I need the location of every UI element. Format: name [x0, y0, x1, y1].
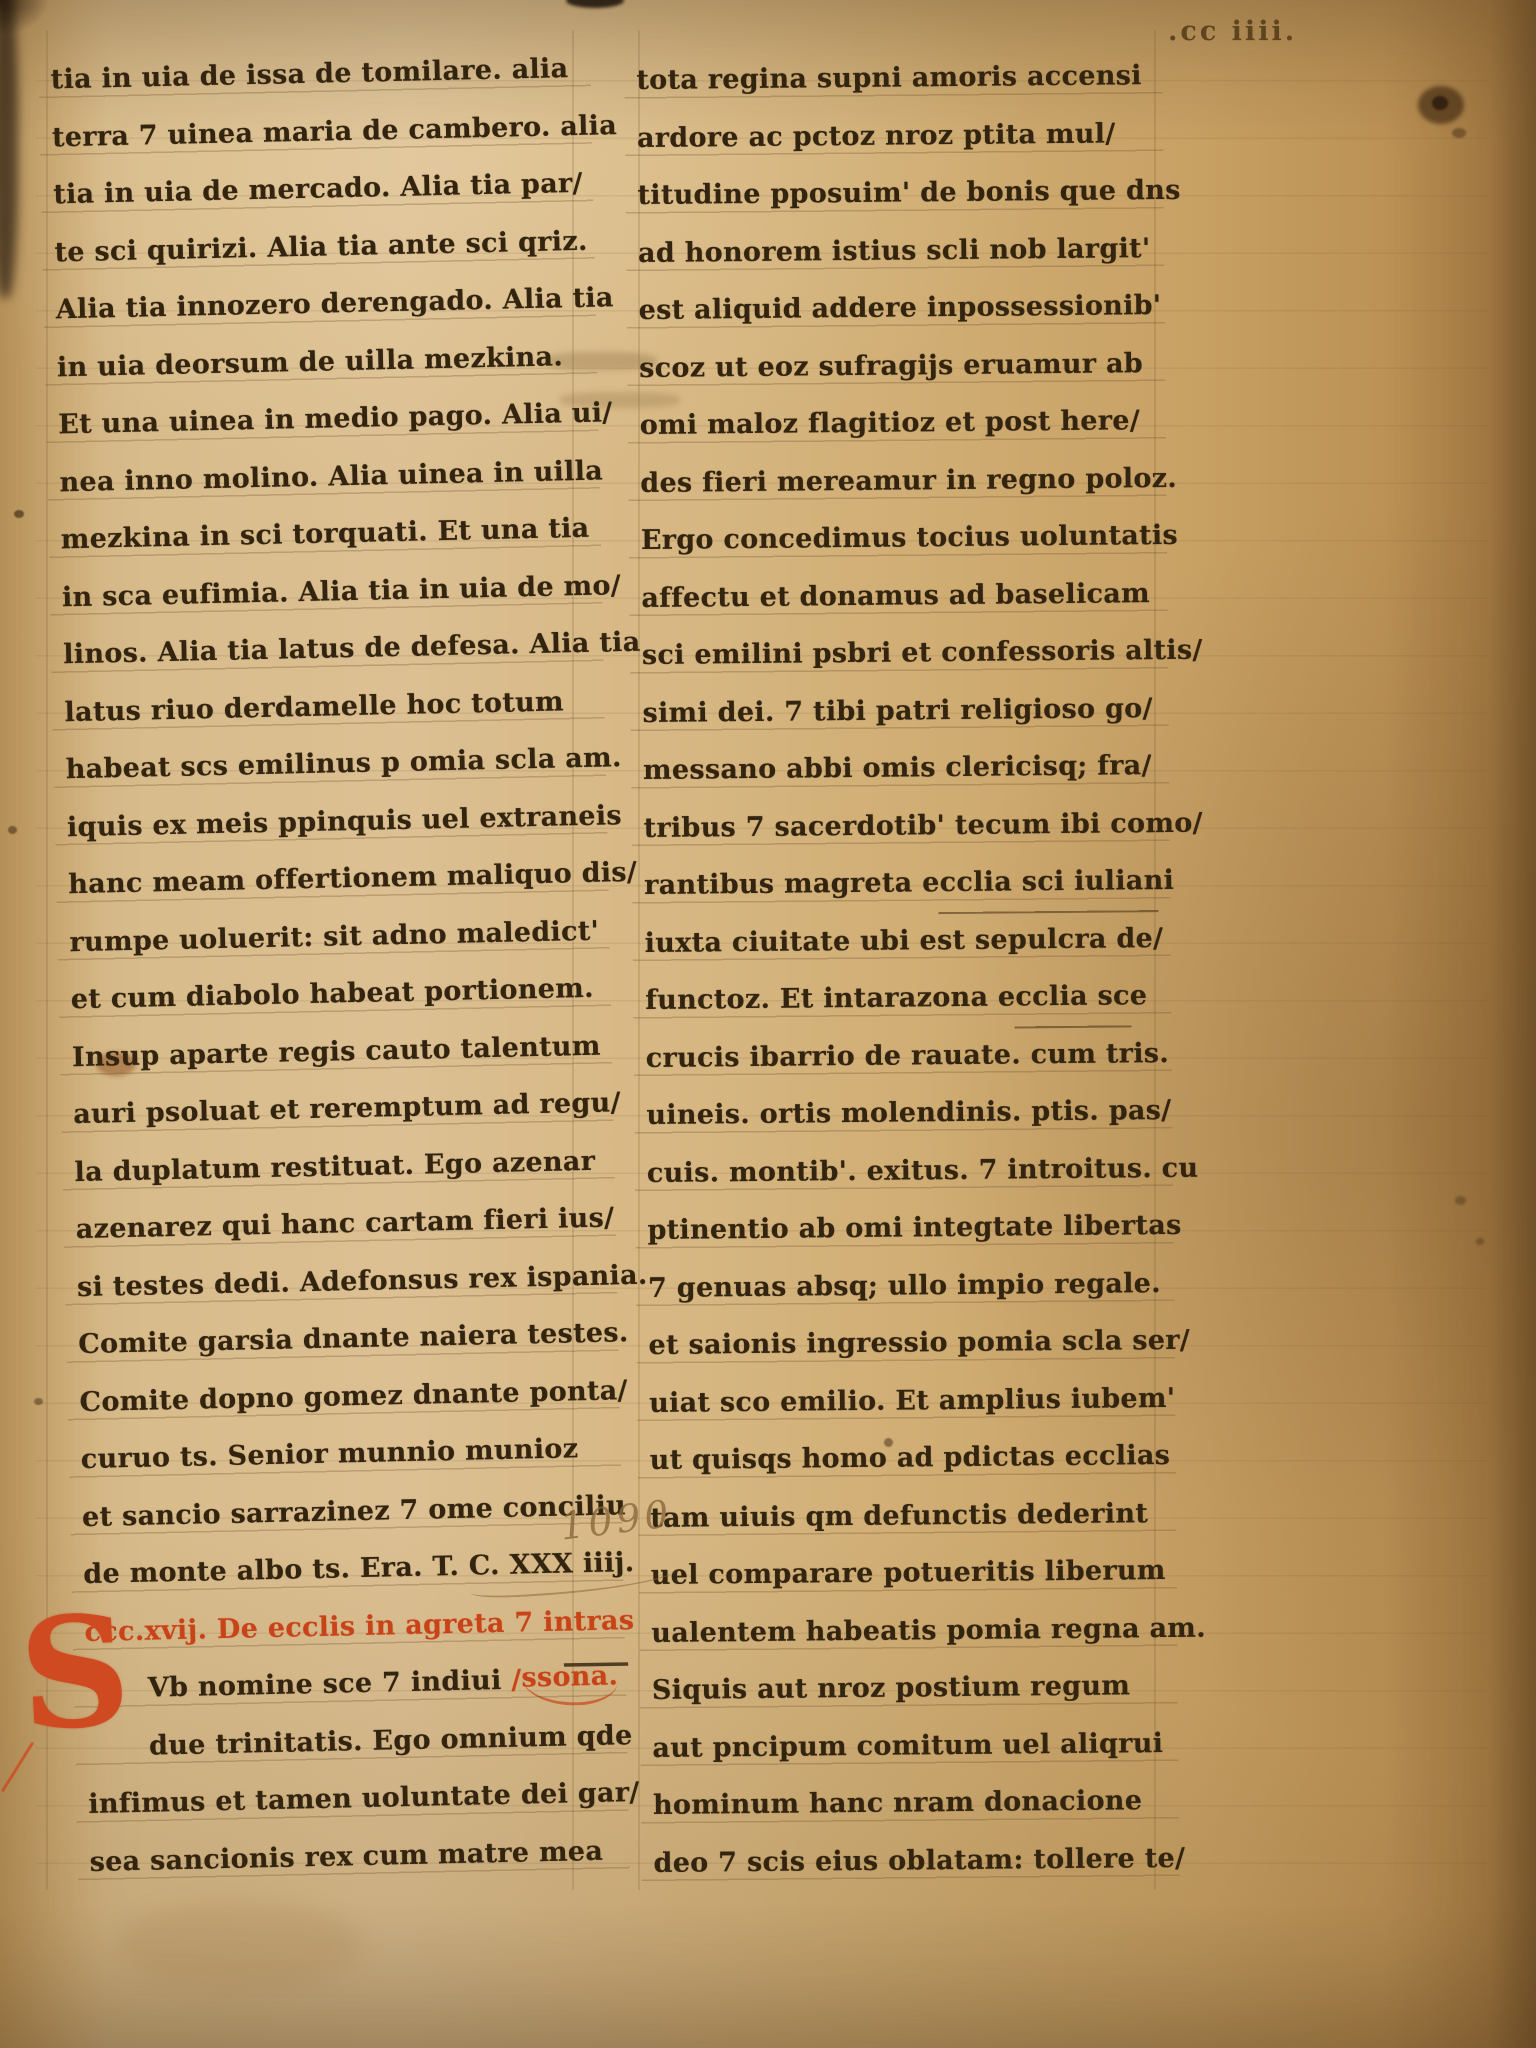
body-text: due trinitatis. Ego omnium qde: [148, 1707, 633, 1775]
manuscript-line: uiat sco emilio. Et amplius iubem': [649, 1370, 1160, 1432]
body-text: deo 7 scis eius oblatam: tollere te/: [653, 1829, 1185, 1892]
manuscript-line: et saionis ingressio pomia scla ser/: [648, 1312, 1159, 1374]
manuscript-line: Siquis aut nroz postium regum: [652, 1657, 1163, 1719]
illuminated-initial: S: [17, 1605, 133, 1740]
body-text: iuxta ciuitate ubi est sepulcra de/: [644, 910, 1163, 972]
body-text: et saionis ingressio pomia scla ser/: [648, 1312, 1190, 1375]
stain-spot: [1432, 96, 1448, 110]
body-text: scoz ut eoz sufragijs eruamur ab: [639, 335, 1143, 397]
stain-spot: [1418, 86, 1464, 124]
manuscript-line: ut quisqs homo ad pdictas ecclias: [649, 1427, 1160, 1489]
body-text: sea sancionis rex cum matre mea: [89, 1822, 604, 1891]
manuscript-line: cuis. montib'. exitus. 7 introitus. cu: [647, 1140, 1158, 1202]
page-edge-notch: [566, 0, 624, 8]
manuscript-line: sea sancionis rex cum matre mea: [89, 1822, 614, 1891]
manuscript-line: des fieri mereamur in regno poloz.: [640, 450, 1151, 512]
body-text: Siquis aut nroz postium regum: [652, 1657, 1131, 1719]
manuscript-line: Ergo concedimus tocius uoluntatis: [641, 507, 1152, 569]
manuscript-line: deo 7 scis eius oblatam: tollere te/: [653, 1830, 1164, 1892]
manuscript-line: iuxta ciuitate ubi est sepulcra de/: [644, 910, 1155, 972]
body-text: ad honorem istius scli nob largit': [638, 220, 1151, 282]
stain-spot: [1455, 1196, 1466, 1205]
body-text: curuo ts. Senior munnio munioz: [80, 1420, 579, 1488]
manuscript-page: .cc iiii. tia in uia de issa de tomilare…: [0, 0, 1536, 2048]
initial-flourish: [1, 1742, 34, 1793]
manuscript-line: rantibus magreta ecclia sci iuliani: [644, 852, 1155, 914]
manuscript-line: crucis ibarrio de rauate. cum tris.: [646, 1025, 1157, 1087]
body-text: Ergo concedimus tocius uoluntatis: [641, 507, 1179, 570]
page-edge-shadow: [0, 0, 18, 298]
body-text: functoz. Et intarazona: [645, 969, 998, 1030]
manuscript-line: sci emilini psbri et confessoris altis/: [642, 622, 1153, 684]
body-text: cuis. montib'. exitus. 7 introitus. cu: [647, 1139, 1199, 1202]
stain-spot: [1476, 1238, 1484, 1245]
body-text: crucis ibarrio de rauate. cum tris.: [646, 1024, 1170, 1087]
body-text: tribus 7 sacerdotib' tecum ibi como/: [643, 794, 1203, 857]
manuscript-line: affectu et donamus ad baselicam: [641, 565, 1152, 627]
body-text: uel comparare potueritis liberum: [651, 1542, 1166, 1604]
text-column-left: tia in uia de issa de tomilare. aliaterr…: [50, 40, 614, 1891]
manuscript-line: titudine pposuim' de bonis que dns: [637, 162, 1148, 224]
stain-spot: [1452, 128, 1466, 138]
body-text: messano abbi omis clericisq; fra/: [643, 737, 1152, 799]
body-text: est aliquid addere inpossessionib': [638, 277, 1161, 340]
manuscript-line: ad honorem istius scli nob largit': [638, 220, 1149, 282]
manuscript-line: omi maloz flagitioz et post here/: [639, 392, 1150, 454]
manuscript-line: functoz. Et intarazona ecclia sce: [645, 967, 1156, 1029]
manuscript-line: 7 genuas absq; ullo impio regale.: [648, 1255, 1159, 1317]
stain-spot: [14, 510, 24, 518]
manuscript-line: tota regina supni amoris accensi: [636, 47, 1147, 109]
body-text: aut pncipum comitum uel aliqrui: [652, 1715, 1163, 1777]
manuscript-line: uel comparare potueritis liberum: [651, 1542, 1162, 1604]
body-text: 7 genuas absq; ullo impio regale.: [648, 1255, 1161, 1317]
manuscript-line: simi dei. 7 tibi patri religioso go/: [642, 680, 1153, 742]
body-text: ualentem habeatis pomia regna am.: [651, 1599, 1206, 1662]
body-text: tota regina supni amoris accensi: [636, 47, 1142, 109]
body-text: uiat sco emilio. Et amplius iubem': [649, 1369, 1176, 1432]
body-text: ut quisqs homo ad pdictas ecclias: [649, 1427, 1170, 1489]
manuscript-line: ccc.xvij. De ecclis in agreta 7 intras: [84, 1592, 609, 1661]
manuscript-line: messano abbi omis clericisq; fra/: [643, 737, 1154, 799]
body-text: sci emilini psbri et confessoris altis/: [642, 622, 1203, 685]
manuscript-line: hominum hanc nram donacione: [653, 1772, 1164, 1834]
body-text: affectu et donamus ad baselicam: [641, 565, 1150, 627]
stain-spot: [120, 1900, 360, 1990]
body-text: hominum hanc nram donacione: [653, 1772, 1143, 1834]
manuscript-line: est aliquid addere inpossessionib': [638, 277, 1149, 339]
manuscript-line: aut pncipum comitum uel aliqrui: [652, 1715, 1163, 1777]
body-text: ptinentio ab omi integtate libertas: [647, 1197, 1182, 1260]
paragraph-dash-mark: —: [559, 1645, 634, 1681]
manuscript-line: scoz ut eoz sufragijs eruamur ab: [639, 335, 1150, 397]
body-text: ardore ac pctoz nroz ptita mul/: [637, 105, 1116, 167]
body-text: omi maloz flagitioz et post here/: [639, 392, 1140, 454]
body-text: ecclia sci iuliani: [922, 852, 1174, 912]
manuscript-line: ptinentio ab omi integtate libertas: [647, 1197, 1158, 1259]
manuscript-line: tribus 7 sacerdotib' tecum ibi como/: [643, 795, 1154, 857]
manuscript-line: uineis. ortis molendinis. ptis. pas/: [646, 1082, 1157, 1144]
manuscript-line: ualentem habeatis pomia regna am.: [651, 1600, 1162, 1662]
body-text: simi dei. 7 tibi patri religioso go/: [642, 680, 1153, 742]
stain-spot: [8, 826, 17, 834]
body-text: Vb nomine sce 7 indiui: [147, 1652, 512, 1717]
body-text: tam uiuis qm defunctis dederint: [650, 1485, 1148, 1547]
stain-spot: [34, 1398, 43, 1405]
rubric-text: ccc.xvij. De ecclis in agreta 7 intras: [84, 1592, 635, 1661]
body-text: uineis. ortis molendinis. ptis. pas/: [646, 1082, 1172, 1145]
body-text: titudine pposuim' de bonis que dns: [637, 162, 1181, 225]
body-text: rantibus magreta: [644, 854, 923, 914]
text-column-right: tota regina supni amoris accensiardore a…: [636, 47, 1164, 1892]
manuscript-line: tam uiuis qm defunctis dederint: [650, 1485, 1161, 1547]
body-text: des fieri mereamur in regno poloz.: [640, 449, 1177, 512]
manuscript-line: ardore ac pctoz nroz ptita mul/: [637, 105, 1148, 167]
body-text: ecclia sce: [998, 967, 1148, 1026]
folio-number: .cc iiii.: [1168, 16, 1297, 47]
